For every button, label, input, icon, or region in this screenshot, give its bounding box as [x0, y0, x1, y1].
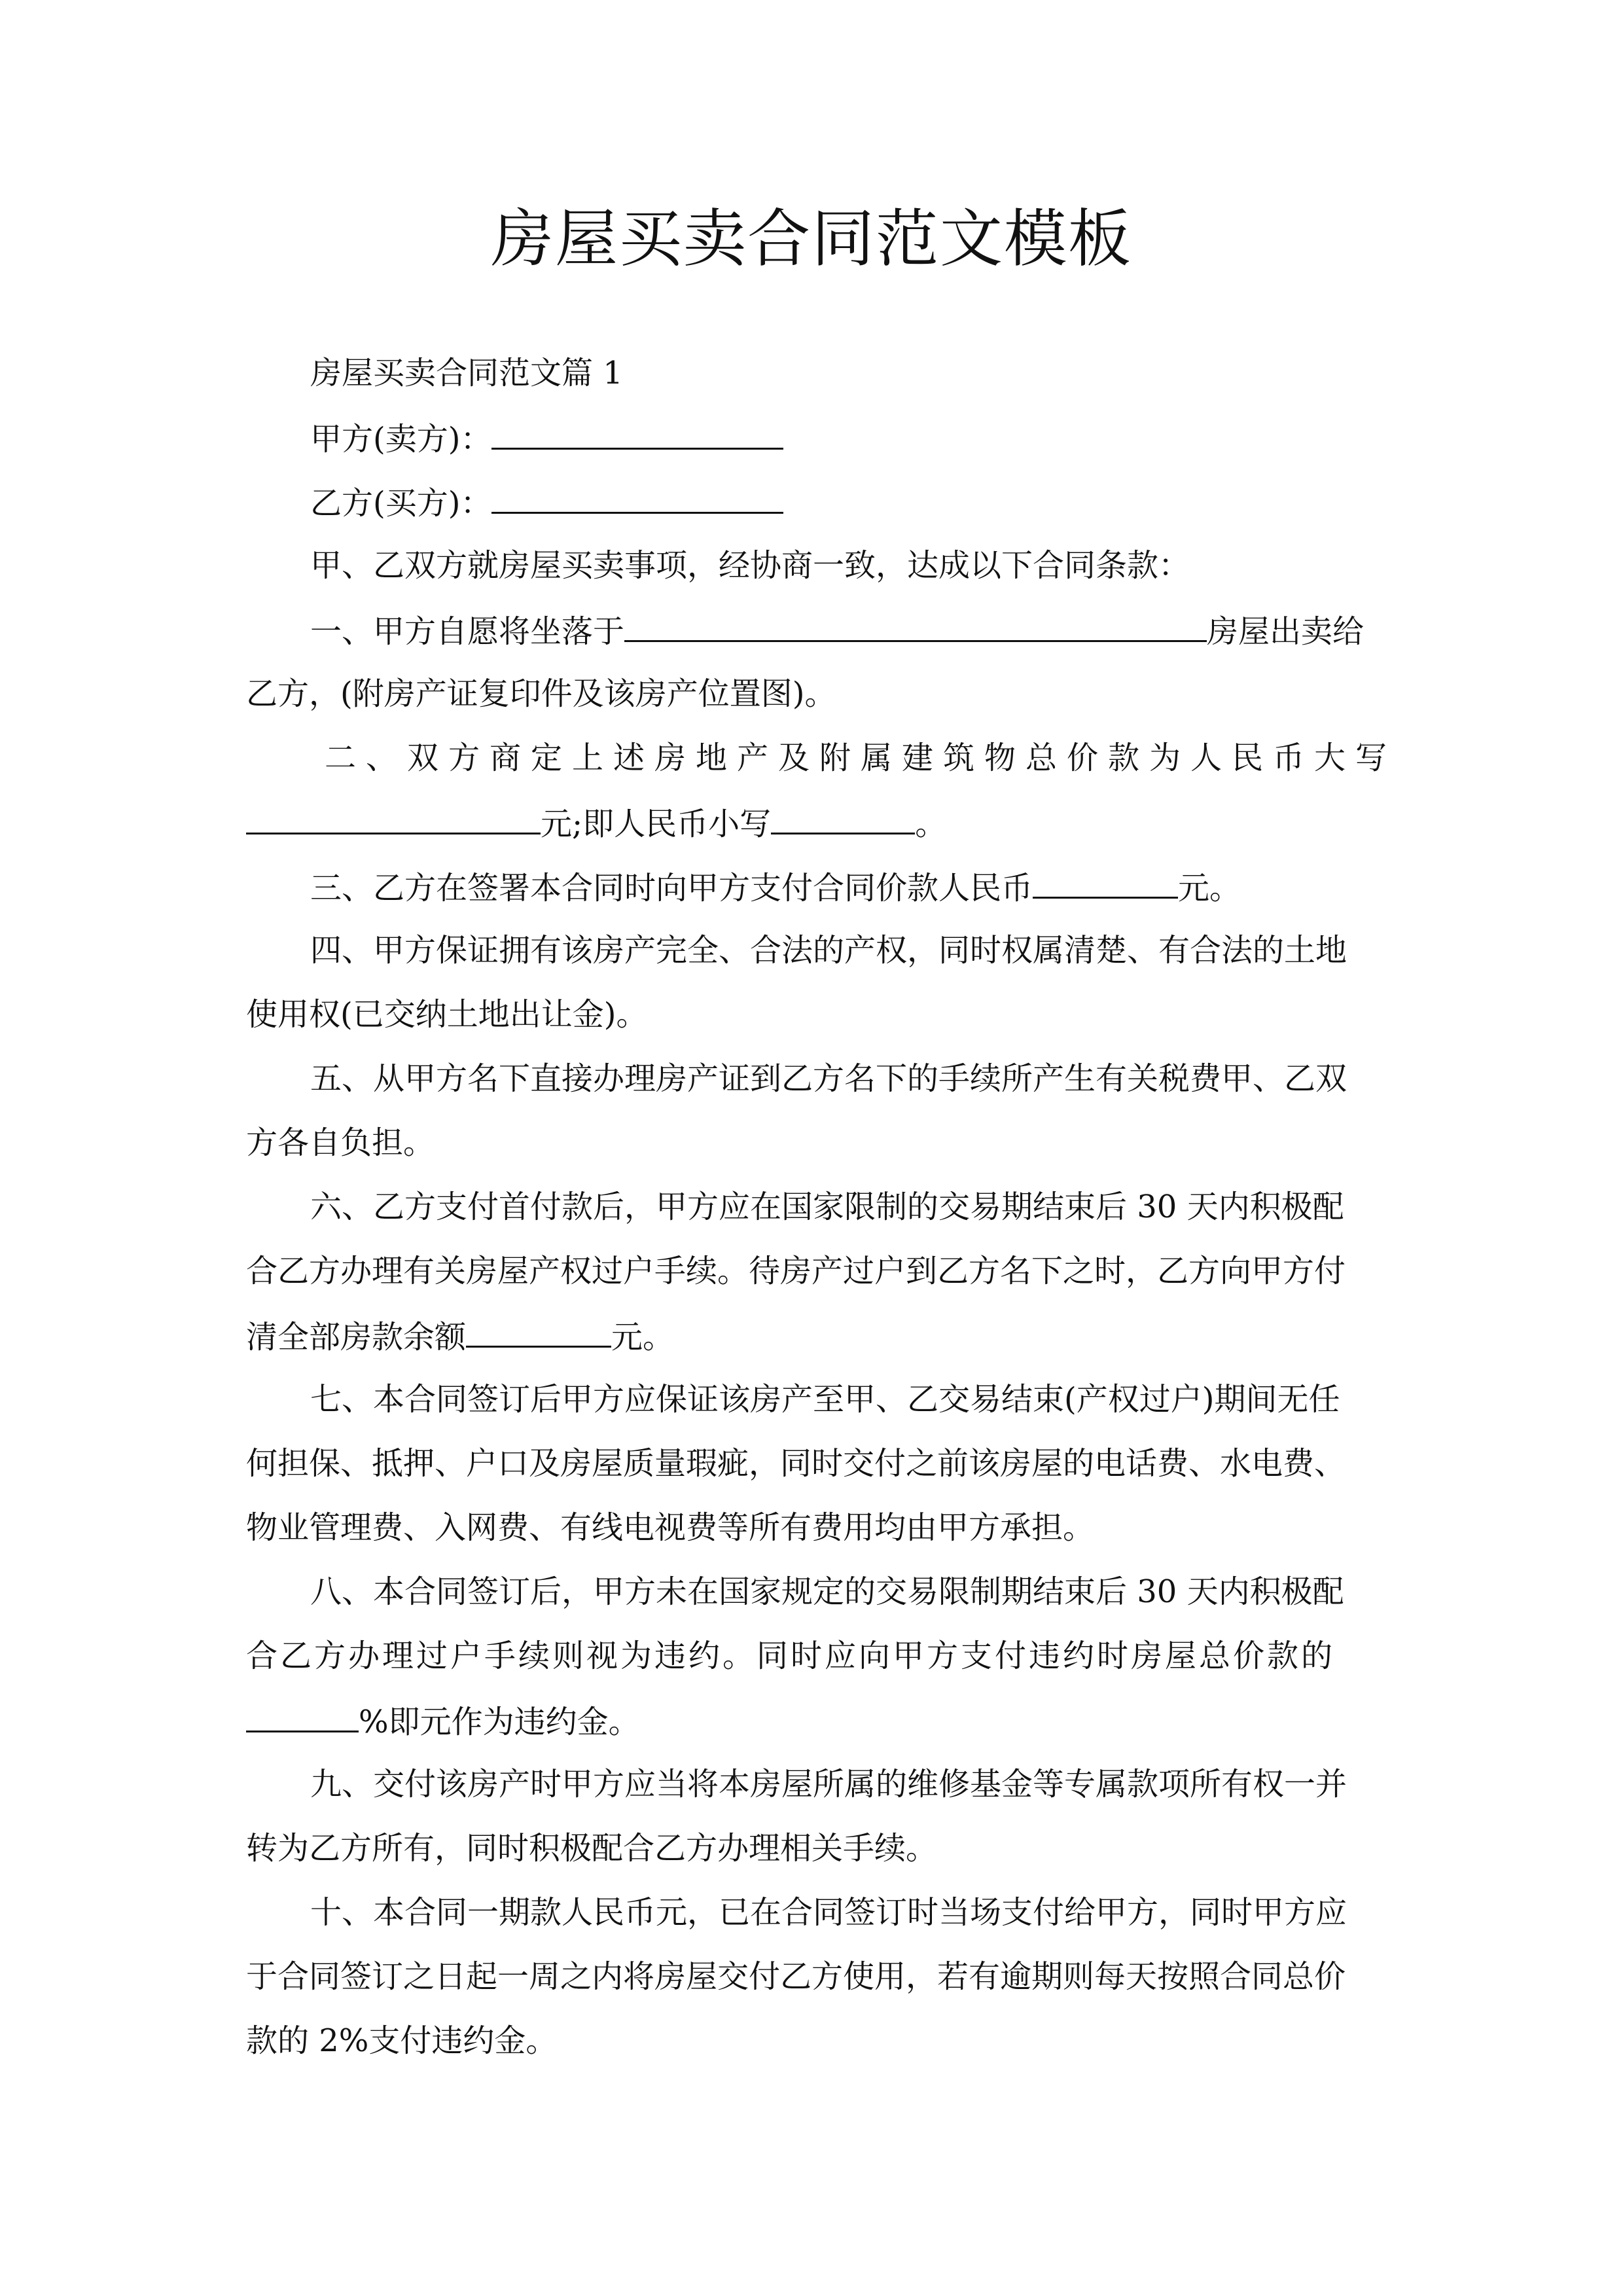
clause-6-line-1: 六、乙方支付首付款后，甲方应在国家限制的交易期结束后 30 天内积极配	[310, 1187, 1344, 1227]
clause-text: 元;即人民币小写	[541, 806, 771, 842]
clause-7-line-2: 何担保、抵押、户口及房屋质量瑕疵，同时交付之前该房屋的电话费、水电费、	[246, 1444, 1346, 1483]
clause-2-line-1: 二、双方商定上述房地产及附属建筑物总价款为人民币大写	[325, 738, 1378, 778]
clause-text: 三、乙方在签署本合同时向甲方支付合同价款人民币	[310, 870, 1033, 906]
clause-7-line-1: 七、本合同签订后甲方应保证该房产至甲、乙交易结束(产权过户)期间无任	[310, 1380, 1340, 1419]
price-uppercase-blank[interactable]	[246, 802, 541, 834]
party-a-label: 甲方(卖方)：	[310, 421, 491, 457]
clause-10-line-2: 于合同签订之日起一周之内将房屋交付乙方使用，若有逾期则每天按照合同总价	[246, 1957, 1346, 1996]
clause-5-line-2: 方各自负担。	[246, 1123, 435, 1162]
clause-6-line-3: 清全部房款余额元。	[246, 1316, 674, 1355]
clause-1-line-1: 一、甲方自愿将坐落于房屋出卖给	[310, 610, 1364, 649]
party-b-blank[interactable]	[491, 482, 783, 514]
clause-6-line-2: 合乙方办理有关房屋产权过户手续。待房产过户到乙方名下之时，乙方向甲方付	[246, 1251, 1346, 1291]
clause-8-line-1: 八、本合同签订后，甲方未在国家规定的交易限制期结束后 30 天内积极配	[310, 1572, 1344, 1611]
clause-9-line-2: 转为乙方所有，同时积极配合乙方办理相关手续。	[246, 1829, 937, 1868]
clause-8-line-3: %即元作为违约金。	[246, 1700, 640, 1740]
clause-text: 元。	[1178, 870, 1241, 906]
clause-text: 房屋出卖给	[1207, 613, 1364, 650]
clause-text: 。	[915, 806, 946, 842]
clause-4-line-2: 使用权(已交纳土地出让金)。	[246, 995, 647, 1034]
clause-2-line-2: 元;即人民币小写。	[246, 802, 946, 842]
clause-text: %即元作为违约金。	[359, 1704, 640, 1740]
clause-1-line-2: 乙方，(附房产证复印件及该房产位置图)。	[246, 674, 836, 713]
payment-blank[interactable]	[1033, 867, 1178, 899]
clause-text: 元。	[611, 1319, 674, 1355]
penalty-percent-blank[interactable]	[246, 1700, 359, 1732]
party-a-row: 甲方(卖方)：	[310, 418, 783, 457]
section-heading: 房屋买卖合同范文篇 1	[310, 353, 623, 393]
balance-blank[interactable]	[466, 1316, 611, 1348]
clause-text: 一、甲方自愿将坐落于	[310, 613, 624, 650]
clause-10-line-3: 款的 2%支付违约金。	[246, 2021, 557, 2060]
party-b-row: 乙方(买方)：	[310, 482, 783, 521]
document-title: 房屋买卖合同范文模板	[0, 196, 1623, 281]
clause-7-line-3: 物业管理费、入网费、有线电视费等所有费用均由甲方承担。	[246, 1508, 1094, 1547]
clause-10-line-1: 十、本合同一期款人民币元，已在合同签订时当场支付给甲方，同时甲方应	[310, 1893, 1347, 1932]
clause-8-line-2: 合乙方办理过户手续则视为违约。同时应向甲方支付违约时房屋总价款的	[246, 1636, 1335, 1676]
clause-5-line-1: 五、从甲方名下直接办理房产证到乙方名下的手续所产生有关税费甲、乙双	[310, 1059, 1347, 1098]
clause-9-line-1: 九、交付该房产时甲方应当将本房屋所属的维修基金等专属款项所有权一并	[310, 1765, 1347, 1804]
clause-4-line-1: 四、甲方保证拥有该房产完全、合法的产权，同时权属清楚、有合法的土地	[310, 931, 1347, 970]
party-a-blank[interactable]	[491, 418, 783, 450]
clause-text: 清全部房款余额	[246, 1319, 466, 1355]
price-lowercase-blank[interactable]	[771, 802, 915, 834]
party-b-label: 乙方(买方)：	[310, 485, 491, 522]
clause-3-line-1: 三、乙方在签署本合同时向甲方支付合同价款人民币元。	[310, 867, 1241, 906]
location-blank[interactable]	[624, 610, 1207, 642]
intro-text: 甲、乙双方就房屋买卖事项，经协商一致，达成以下合同条款：	[310, 546, 1190, 585]
